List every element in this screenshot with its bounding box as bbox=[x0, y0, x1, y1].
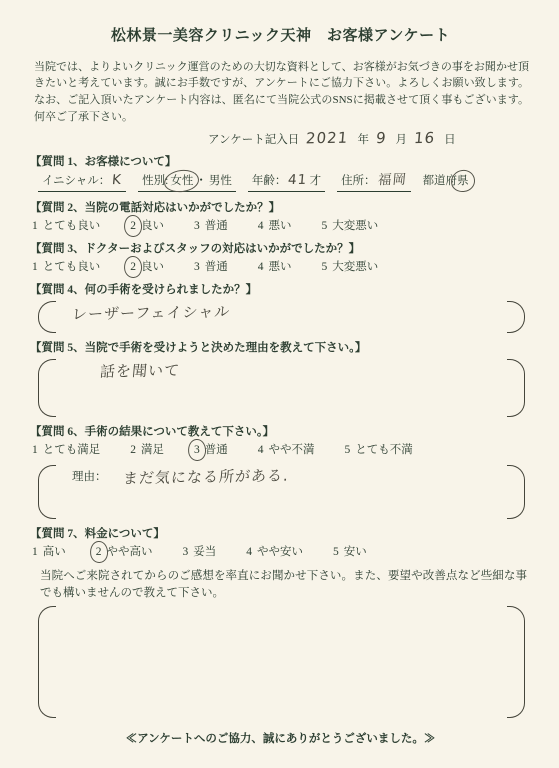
q6-option-3-number: 3 bbox=[194, 442, 200, 459]
q7-option-2-label: やや高い bbox=[107, 544, 153, 561]
q7-option-4: 4やや安い bbox=[246, 544, 303, 561]
q3-option-4-label: 悪い bbox=[269, 259, 292, 276]
q7-option-2: 2やや高い bbox=[96, 544, 153, 561]
q6-option-2-number: 2 bbox=[130, 442, 136, 459]
q4-answer-box: レーザーフェイシャル bbox=[38, 301, 525, 333]
q2-heading: 【質問 2、当院の電話対応はいかがでしたか？】 bbox=[30, 200, 531, 216]
q1-address-suffix-prefix: 都道府 bbox=[423, 175, 458, 187]
q1-gender-female-option: 女性 bbox=[170, 173, 193, 190]
q5-answer-handwritten: 話を聞いて bbox=[99, 362, 181, 380]
intro-paragraph: 当院では、よりよいクリニック運営のための大切な資料として、お客様がお気づきの事を… bbox=[34, 59, 529, 126]
q2-option-4-label: 悪い bbox=[269, 218, 292, 235]
q7-option-1-label: 高い bbox=[43, 544, 66, 561]
q1-address-suffix: 都道府県 bbox=[423, 173, 469, 190]
q2-option-5-number: 5 bbox=[322, 218, 328, 235]
q2-option-3: 3普通 bbox=[194, 218, 228, 235]
scanned-survey-page: 松林景一美容クリニック天神 お客様アンケート 当院では、よりよいクリニック運営の… bbox=[0, 0, 559, 768]
q4-answer-handwritten: レーザーフェイシャル bbox=[71, 303, 231, 322]
q1-gender-separator: ・ bbox=[195, 173, 207, 190]
thank-you-note: ≪アンケートへのご協力、誠にありがとうございました。≫ bbox=[30, 731, 531, 748]
q7-option-5-number: 5 bbox=[333, 544, 339, 561]
q6-option-4: 4やや不満 bbox=[258, 442, 315, 459]
q1-address-value-handwritten: 福岡 bbox=[377, 173, 407, 188]
q2-option-1: 1とても良い bbox=[32, 218, 100, 235]
q3-option-3-number: 3 bbox=[194, 259, 200, 276]
q6-reason-label: 理由： bbox=[72, 471, 107, 483]
q4-heading: 【質問 4、何の手術を受けられましたか？】 bbox=[30, 282, 531, 298]
date-day-handwritten: 16 bbox=[413, 129, 436, 146]
q1-initial-field: イニシャル： K bbox=[38, 173, 126, 192]
q6-reason-box: 理由： まだ気になる所がある. bbox=[38, 465, 525, 519]
q1-gender-male-option: 男性 bbox=[209, 173, 232, 190]
q6-option-3: 3普通 bbox=[194, 442, 228, 459]
q1-age-unit: 才 bbox=[310, 173, 322, 190]
q1-address-field: 住所： 福岡 bbox=[337, 173, 411, 192]
q2-option-2: 2良い bbox=[130, 218, 164, 235]
q3-option-2-number: 2 bbox=[130, 259, 136, 276]
date-label: アンケート記入日 bbox=[208, 132, 299, 149]
q2-option-1-number: 1 bbox=[32, 218, 38, 235]
date-year-handwritten: 2021 bbox=[306, 129, 350, 146]
q5-heading: 【質問 5、当院で手術を受けようと決めた理由を教えて下さい。】 bbox=[30, 340, 531, 356]
q3-option-1-label: とても良い bbox=[43, 259, 101, 276]
q6-options-row: 1とても満足 2満足 3普通 4やや不満 5とても不満 bbox=[30, 442, 531, 459]
q3-option-3: 3普通 bbox=[194, 259, 228, 276]
q6-option-1-label: とても満足 bbox=[43, 442, 101, 459]
q6-option-5-number: 5 bbox=[345, 442, 351, 459]
q6-heading: 【質問 6、手術の結果について教えて下さい。】 bbox=[30, 424, 531, 440]
q3-option-5-number: 5 bbox=[322, 259, 328, 276]
q6-option-4-label: やや不満 bbox=[269, 442, 315, 459]
q7-options-row: 1高い 2やや高い 3妥当 4やや安い 5安い bbox=[30, 544, 531, 561]
q3-heading: 【質問 3、ドクターおよびスタッフの対応はいかがでしたか？】 bbox=[30, 241, 531, 257]
q6-option-1-number: 1 bbox=[32, 442, 38, 459]
q7-option-2-number: 2 bbox=[96, 544, 102, 561]
q3-option-4: 4悪い bbox=[258, 259, 292, 276]
q7-option-4-label: やや安い bbox=[257, 544, 303, 561]
q7-option-3-number: 3 bbox=[183, 544, 189, 561]
q1-gender-field: 性別: 女性 ・ 男性 bbox=[138, 173, 236, 192]
q3-option-2: 2良い bbox=[130, 259, 164, 276]
q6-option-1: 1とても満足 bbox=[32, 442, 100, 459]
date-month-unit: 月 bbox=[396, 132, 408, 149]
q1-age-value-handwritten: 41 bbox=[288, 173, 309, 188]
q2-option-5-label: 大変悪い bbox=[332, 218, 378, 235]
q2-option-2-number: 2 bbox=[130, 218, 136, 235]
q5-answer-box: 話を聞いて bbox=[38, 359, 525, 417]
q7-option-1: 1高い bbox=[32, 544, 66, 561]
free-comment-prompt: 当院へご来院されてからのご感想を率直にお聞かせ下さい。また、要望や改善点など些細… bbox=[40, 568, 527, 601]
q3-option-5-label: 大変悪い bbox=[332, 259, 378, 276]
q2-option-3-label: 普通 bbox=[205, 218, 228, 235]
q7-option-1-number: 1 bbox=[32, 544, 38, 561]
q7-option-5: 5安い bbox=[333, 544, 367, 561]
q3-option-4-number: 4 bbox=[258, 259, 264, 276]
q7-heading: 【質問 7、料金について】 bbox=[30, 526, 531, 542]
q6-option-3-label: 普通 bbox=[205, 442, 228, 459]
q2-option-4-number: 4 bbox=[258, 218, 264, 235]
q1-age-label: 年齢： bbox=[252, 173, 287, 190]
survey-date-line: アンケート記入日 2021 年 9 月 16 日 bbox=[30, 130, 531, 149]
q1-gender-label: 性別: bbox=[142, 173, 168, 190]
free-comment-box bbox=[38, 606, 525, 718]
q2-options-row: 1とても良い 2良い 3普通 4悪い 5大変悪い bbox=[30, 218, 531, 235]
q6-option-5-label: とても不満 bbox=[355, 442, 413, 459]
q1-initial-value-handwritten: K bbox=[112, 173, 123, 188]
q1-fields-row: イニシャル： K 性別: 女性 ・ 男性 年齢： 41 才 住所： 福岡 都道府… bbox=[30, 173, 531, 192]
q2-option-3-number: 3 bbox=[194, 218, 200, 235]
q7-option-4-number: 4 bbox=[246, 544, 252, 561]
q7-option-5-label: 安い bbox=[344, 544, 367, 561]
q3-option-1-number: 1 bbox=[32, 259, 38, 276]
q1-address-label: 住所： bbox=[341, 173, 376, 190]
q6-option-2-label: 満足 bbox=[141, 442, 164, 459]
q6-option-5: 5とても不満 bbox=[345, 442, 413, 459]
q3-option-1: 1とても良い bbox=[32, 259, 100, 276]
q2-option-1-label: とても良い bbox=[43, 218, 101, 235]
q1-address-suffix-ken: 県 bbox=[457, 173, 469, 190]
date-month-handwritten: 9 bbox=[375, 130, 387, 147]
q7-option-3-label: 妥当 bbox=[193, 544, 216, 561]
date-day-unit: 日 bbox=[444, 132, 456, 149]
q6-option-4-number: 4 bbox=[258, 442, 264, 459]
q1-initial-label: イニシャル： bbox=[42, 173, 110, 190]
q2-option-4: 4悪い bbox=[258, 218, 292, 235]
q3-option-5: 5大変悪い bbox=[322, 259, 379, 276]
q2-option-2-label: 良い bbox=[141, 218, 164, 235]
page-title: 松林景一美容クリニック天神 お客様アンケート bbox=[30, 26, 531, 48]
q6-reason-handwritten: まだ気になる所がある. bbox=[122, 467, 290, 486]
date-year-unit: 年 bbox=[358, 132, 370, 149]
q3-option-2-label: 良い bbox=[141, 259, 164, 276]
q6-option-2: 2満足 bbox=[130, 442, 164, 459]
q3-option-3-label: 普通 bbox=[205, 259, 228, 276]
q1-age-field: 年齢： 41 才 bbox=[248, 173, 325, 192]
q7-option-3: 3妥当 bbox=[183, 544, 217, 561]
q1-heading: 【質問 1、お客様について】 bbox=[30, 154, 531, 170]
q2-option-5: 5大変悪い bbox=[322, 218, 379, 235]
q3-options-row: 1とても良い 2良い 3普通 4悪い 5大変悪い bbox=[30, 259, 531, 276]
